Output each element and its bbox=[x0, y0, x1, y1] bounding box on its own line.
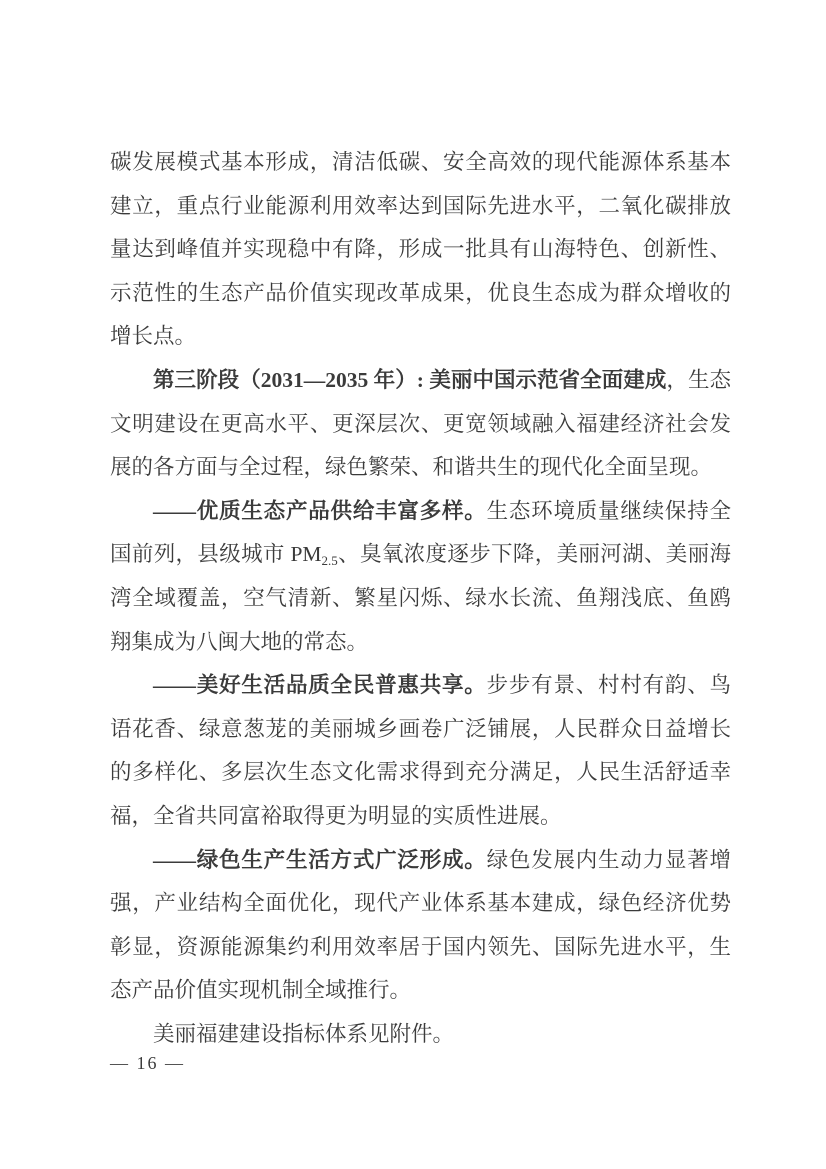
body-text: 碳发展模式基本形成，清洁低碳、安全高效的现代能源体系基本建立，重点行业能源利用效… bbox=[110, 141, 731, 1056]
paragraph-lead-bold: ——优质生态产品供给丰富多样。 bbox=[153, 499, 487, 523]
paragraph-lead-bold: 第三阶段（2031—2035 年）: 美丽中国示范省全面建成 bbox=[153, 368, 666, 392]
paragraph: ——绿色生产生活方式广泛形成。绿色发展内生动力显著增强，产业结构全面优化，现代产… bbox=[110, 839, 731, 1013]
paragraph-text: 美丽福建建设指标体系见附件。 bbox=[153, 1022, 454, 1046]
paragraph-text: 碳发展模式基本形成，清洁低碳、安全高效的现代能源体系基本建立，重点行业能源利用效… bbox=[110, 150, 731, 348]
page-number: — 16 — bbox=[110, 1052, 185, 1074]
paragraph-lead-bold: ——美好生活品质全民普惠共享。 bbox=[153, 673, 487, 697]
pm25-subscript: 2.5 bbox=[322, 553, 338, 568]
paragraph: 美丽福建建设指标体系见附件。 bbox=[110, 1013, 731, 1057]
paragraph: ——优质生态产品供给丰富多样。生态环境质量继续保持全国前列，县级城市 PM2.5… bbox=[110, 490, 731, 664]
paragraph: 碳发展模式基本形成，清洁低碳、安全高效的现代能源体系基本建立，重点行业能源利用效… bbox=[110, 141, 731, 359]
paragraph-lead-bold: ——绿色生产生活方式广泛形成。 bbox=[153, 848, 487, 872]
paragraph: ——美好生活品质全民普惠共享。步步有景、村村有韵、鸟语花香、绿意葱茏的美丽城乡画… bbox=[110, 664, 731, 838]
document-page: 碳发展模式基本形成，清洁低碳、安全高效的现代能源体系基本建立，重点行业能源利用效… bbox=[0, 0, 826, 1169]
paragraph: 第三阶段（2031—2035 年）: 美丽中国示范省全面建成，生态文明建设在更高… bbox=[110, 359, 731, 490]
